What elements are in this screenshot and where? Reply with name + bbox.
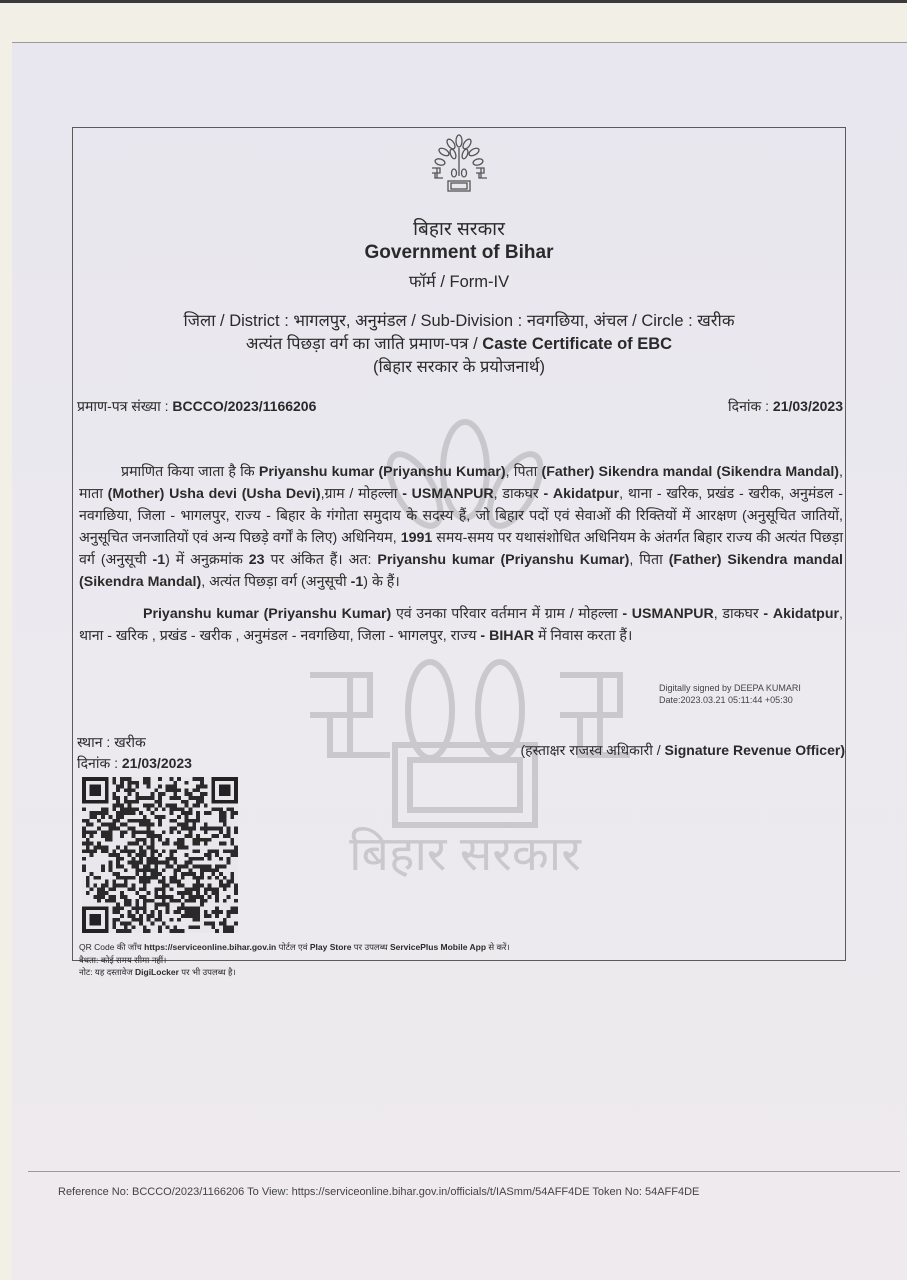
footer-divider [28,1171,900,1172]
certificate-number-value: BCCCO/2023/1166206 [172,398,316,414]
body-text-segment: - Akidatpur [543,486,619,502]
body-text-segment: ) में अनुक्रमांक [165,552,249,568]
body-text-segment: पर अंकित हैं। अत: [265,552,378,568]
note-text: पर भी उपलब्ध है। [179,967,236,977]
date-label: दिनांक : [77,755,118,771]
body-text-segment: , डाकघर [494,486,544,502]
body-text-segment: ,ग्राम / मोहल्ला [321,486,403,502]
certificate-title-english: Caste Certificate of EBC [482,335,672,353]
digital-signature-date: Date:2023.03.21 05:11:44 +05:30 [659,694,801,706]
signature-title-english: Signature Revenue Officer) [665,742,846,758]
issue-date-value: 21/03/2023 [773,398,843,414]
district-value: भागलपुर, [293,312,350,330]
body-text-segment: , पिता [629,552,668,568]
body-text-segment: में निवास करता हैं। [534,628,632,644]
body-text-segment: , डाकघर [714,606,764,622]
body-text-segment: एवं उनका परिवार वर्तमान में ग्राम / मोहल… [391,606,622,622]
footer-reference: Reference No: BCCCO/2023/1166206 To View… [58,1186,699,1198]
body-text-segment: 23 [249,552,265,568]
digital-signature-signer: Digitally signed by DEEPA KUMARI [659,682,801,694]
subdivision-value: नवगछिया, [527,312,589,330]
certificate-purpose: (बिहार सरकार के प्रयोजनार्थ) [72,354,846,377]
body-text-segment: (Mother) Usha devi (Usha Devi) [108,486,321,502]
note-text: QR Code की जाँच [79,942,144,952]
circle-label: अंचल / Circle : [593,312,692,330]
body-text-segment: - USMANPUR [622,606,713,622]
body-text-segment: Priyanshu kumar (Priyanshu Kumar) [143,606,391,622]
date-line: दिनांक : 21/03/2023 [77,753,192,774]
body-text-segment: -1 [152,552,165,568]
circle-value: खरीक [697,312,734,330]
body-text-segment: , पिता [506,464,542,480]
state-name-english: Government of Bihar [72,242,846,264]
place-label: स्थान : [77,734,110,750]
photo-edge [0,0,907,3]
body-text-segment: - USMANPUR [402,486,493,502]
certificate-title: अत्यंत पिछड़ा वर्ग का जाति प्रमाण-पत्र /… [72,331,846,354]
note-digilocker: DigiLocker [135,967,179,977]
verification-notes: QR Code की जाँच https://serviceonline.bi… [79,941,510,979]
certificate-title-hindi: अत्यंत पिछड़ा वर्ग का जाति प्रमाण-पत्र / [246,335,478,353]
digital-signature: Digitally signed by DEEPA KUMARI Date:20… [659,682,801,706]
certificate-number: प्रमाण-पत्र संख्या : BCCCO/2023/1166206 [77,397,316,416]
note-text: पोर्टल एवं [276,942,310,952]
district-label: जिला / District : [184,312,289,330]
note-text: नोट: यह दस्तावेज [79,967,135,977]
body-text-segment: प्रमाणित किया जाता है कि [121,464,259,480]
body-text-segment: Priyanshu kumar (Priyanshu Kumar) [377,552,629,568]
place-line: स्थान : खरीक [77,732,192,753]
validity-note: वैधता: कोई समय सीमा नहीं। [79,954,510,967]
state-name-hindi: बिहार सरकार [72,215,846,241]
certificate-body-paragraph-2: Priyanshu kumar (Priyanshu Kumar) एवं उन… [79,603,843,647]
body-text-segment: ) के हैं। [363,574,399,590]
body-text-segment: - Akidatpur [763,606,839,622]
date-value: 21/03/2023 [122,755,192,771]
body-text-segment: Priyanshu kumar (Priyanshu Kumar) [259,464,506,480]
location-line: जिला / District : भागलपुर, अनुमंडल / Sub… [72,308,846,331]
bihar-emblem-icon [426,132,492,194]
qr-verification-note: QR Code की जाँच https://serviceonline.bi… [79,941,510,954]
signature-title: (हस्ताक्षर राजस्व अधिकारी / Signature Re… [521,741,846,760]
certificate-number-label: प्रमाण-पत्र संख्या : [77,398,169,414]
signature-title-hindi: (हस्ताक्षर राजस्व अधिकारी / [521,742,661,758]
issue-date-label: दिनांक : [728,398,769,414]
body-text-segment: - BIHAR [480,628,534,644]
note-text: से करें। [486,942,510,952]
issue-date: दिनांक : 21/03/2023 [728,397,843,416]
body-text-segment: , अत्यंत पिछड़ा वर्ग (अनुसूची [201,574,350,590]
form-number: फॉर्म / Form-IV [72,269,846,292]
digilocker-note: नोट: यह दस्तावेज DigiLocker पर भी उपलब्ध… [79,966,510,979]
svg-text:बिहार सरकार: बिहार सरकार [349,826,582,880]
subdivision-label: अनुमंडल / Sub-Division : [355,312,522,330]
place-value: खरीक [114,734,146,750]
certificate-body-paragraph-1: प्रमाणित किया जाता है कि Priyanshu kumar… [79,461,843,593]
qr-code-icon[interactable] [81,777,239,933]
place-date-block: स्थान : खरीक दिनांक : 21/03/2023 [77,732,192,774]
body-text-segment: (Father) Sikendra mandal (Sikendra Manda… [542,464,840,480]
verification-link[interactable]: https://serviceonline.bihar.gov.in [144,942,276,952]
note-store: Play Store [310,942,352,952]
note-text: पर उपलब्ध [351,942,390,952]
note-app: ServicePlus Mobile App [390,942,486,952]
body-text-segment: -1 [351,574,364,590]
body-text-segment: 1991 [401,530,433,546]
